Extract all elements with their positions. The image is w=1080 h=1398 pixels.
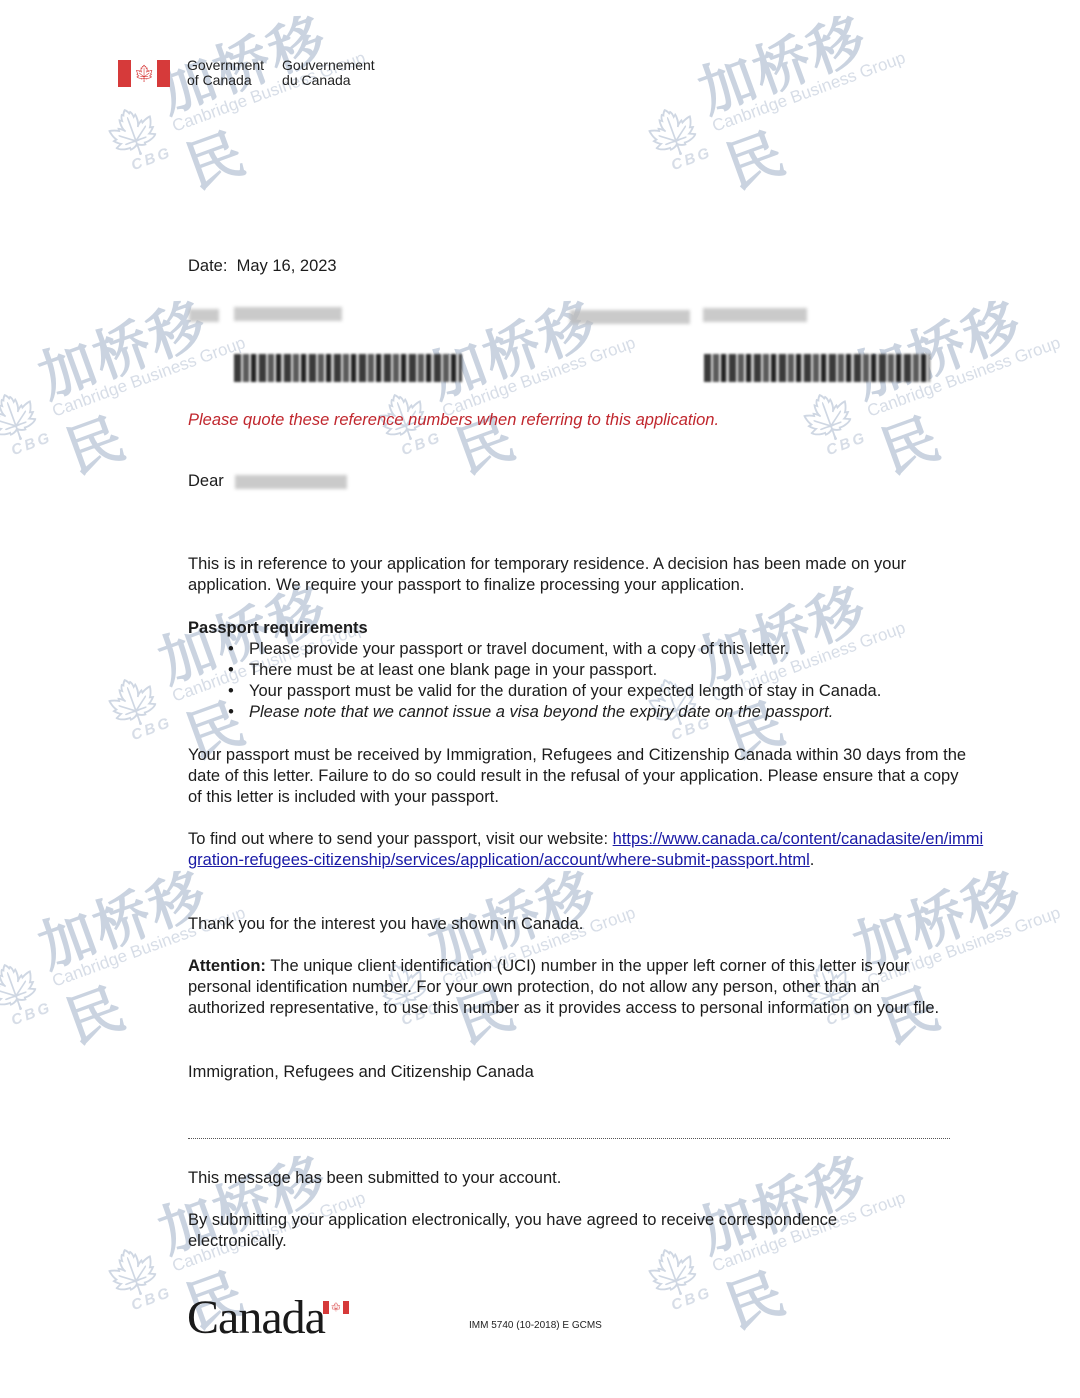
recipient-name-redacted [235, 475, 347, 489]
salutation: Dear [188, 471, 224, 492]
letter-signature: Immigration, Refugees and Citizenship Ca… [188, 1062, 534, 1083]
signature-english: Government of Canada [187, 58, 264, 88]
form-identifier: IMM 5740 (10-2018) E GCMS [469, 1320, 602, 1331]
cbg-watermark: 🍁︎加桥移民Canbridge Business GroupCBG [70, 0, 407, 200]
letter-date: Date: May 16, 2023 [188, 256, 337, 277]
requirements-heading: Passport requirements [188, 618, 368, 639]
requirements-list: Please provide your passport or travel d… [228, 639, 968, 723]
electronic-note: By submitting your application electroni… [188, 1210, 908, 1252]
uci-barcode [234, 354, 462, 382]
maple-leaf-icon: 🍁︎ [94, 95, 171, 169]
application-barcode [704, 354, 930, 382]
application-label-redacted [570, 310, 690, 324]
government-of-canada-signature: 🍁︎ Government of Canada Gouvernement du … [118, 58, 375, 88]
wordmark-flag-icon: 🍁︎ [323, 1301, 349, 1314]
deadline-paragraph: Your passport must be received by Immigr… [188, 745, 968, 808]
cbg-watermark: 🍁︎加桥移民Canbridge Business GroupCBG [610, 0, 947, 200]
maple-leaf-icon: 🍁︎ [0, 950, 51, 1024]
canada-flag-icon: 🍁︎ [118, 60, 170, 87]
attention-paragraph: Attention: The unique client identificat… [188, 956, 958, 1019]
requirement-item: Please provide your passport or travel d… [228, 639, 968, 660]
uci-label-redacted [189, 309, 219, 322]
canada-wordmark: Canada [187, 1294, 325, 1342]
requirement-item: Please note that we cannot issue a visa … [228, 702, 968, 723]
maple-leaf-icon: 🍁︎ [0, 380, 51, 454]
maple-leaf-icon: 🍁︎ [789, 380, 866, 454]
reference-note: Please quote these reference numbers whe… [188, 410, 719, 431]
intro-paragraph: This is in reference to your application… [188, 554, 948, 596]
attention-label: Attention: [188, 957, 266, 975]
submitted-note: This message has been submitted to your … [188, 1168, 561, 1189]
uci-value-redacted [234, 307, 342, 321]
website-paragraph: To find out where to send your passport,… [188, 829, 988, 871]
maple-leaf-icon: 🍁︎ [634, 95, 711, 169]
dotted-divider [188, 1138, 950, 1139]
maple-leaf-icon: 🍁︎ [94, 1235, 171, 1309]
signature-french: Gouvernement du Canada [282, 58, 375, 88]
thanks-paragraph: Thank you for the interest you have show… [188, 914, 583, 935]
maple-leaf-icon: 🍁︎ [94, 665, 171, 739]
application-value-redacted [703, 308, 807, 322]
requirement-item: There must be at least one blank page in… [228, 660, 968, 681]
requirement-item: Your passport must be valid for the dura… [228, 681, 968, 702]
